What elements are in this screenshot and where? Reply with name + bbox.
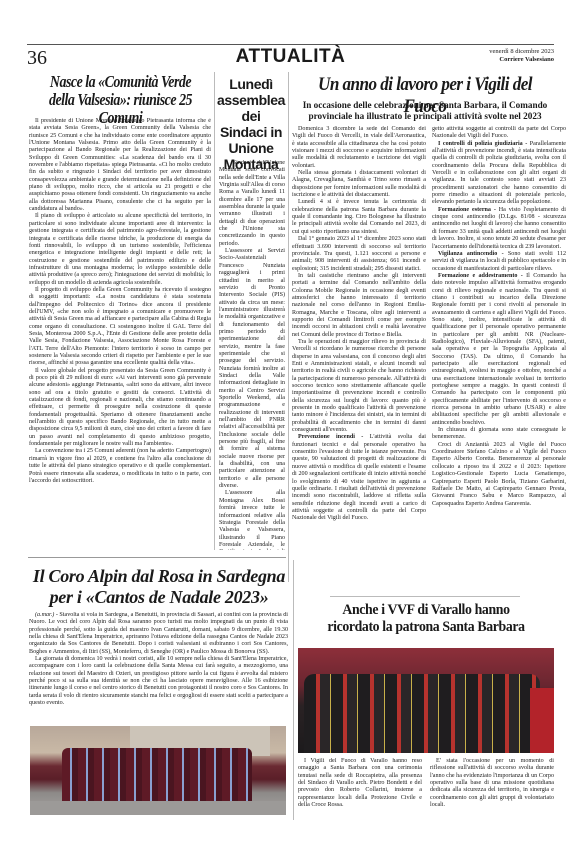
photo-group [62,748,252,804]
paragraph: Il presidente di Unione Montana Francesc… [29,118,211,213]
article-column-2: E' stata l'occasione per un momento di r… [430,758,554,818]
paragraph: Formazione e addestramento - Il Comando … [432,273,566,427]
article-title-vvf-varallo: Anche i VVF di Varallo hanno ricordato l… [307,602,544,636]
title-line: per i «Cantos de Nadale 2023» [50,587,269,607]
paragraph: Vigilanza antincendio - Sono stati svolt… [432,251,566,273]
paragraph: Dal 1° gennaio 2023 al 1° dicembre 2023 … [292,236,426,273]
subheading: I controlli di polizia giudiziaria - [438,141,530,147]
paragraph: In tali casistiche rientrano anche gli i… [292,273,426,339]
paragraph: Nella stessa giornata i distaccamenti vo… [292,170,426,199]
subheading: Formazione e addestramento - [438,273,526,279]
paragraph-text: L'attività svolta dai funzionari tecnici… [292,434,426,521]
title-line: Anche i VVF di Varallo hanno [342,602,509,618]
paragraph: Il piano di sviluppo è articolato su alc… [29,213,211,286]
photo-vvf-varallo [298,648,554,753]
paragraph: I Vigili del Fuoco di Varallo hanno reso… [298,758,422,809]
paragraph-text: Il Comando ha dato notevole impulso all'… [432,273,566,426]
page-header: 36 ATTUALITÀ venerdì 8 dicembre 2023 Cor… [27,44,554,68]
paragraph: Formazione esterna - Ha visto l'espletam… [432,207,566,251]
paragraph: La convenzione tra i 25 Comuni aderenti … [29,448,211,485]
paragraph: La giornata di domenica 10 vedrà i nostr… [29,656,288,707]
subheading: Prevenzione incendi - [298,434,370,440]
subheading: Formazione esterna - [438,207,499,213]
paragraph: Domenica 3 dicembre la sede del Comando … [292,126,426,170]
photo-coro-alpin [30,726,286,815]
paragraph: (a.mar.) - Stavolta si vola in Sardegna,… [29,612,288,656]
paragraph: L'assessore alla Montagna Alex Bossi for… [219,490,285,550]
paragraph: getto attività soggette ai controlli da … [432,126,566,141]
paragraph-text: Ha visto l'espletamento di cinque corsi … [432,207,566,250]
byline: (a.mar.) [35,612,54,618]
paragraph: In chiusura di giornata sono state conse… [432,427,566,442]
article-body-assemblea: I Sindaci dell'Unione Montana sono convo… [219,160,285,550]
article-title-assemblea: Lunedì assemblea dei Sindaci in Unione M… [217,76,285,172]
paragraph: I Sindaci dell'Unione Montana sono convo… [219,160,285,248]
photo-fire-truck [530,688,554,753]
section-divider [330,596,520,597]
paragraph: Tra le operazioni di maggior rilievo in … [292,339,426,434]
paragraph-text: Parallelamente all'attività di prevenzio… [432,141,566,206]
paragraph-text: - Stavolta si vola in Sardegna, a Benetu… [29,612,288,655]
title-line: ricordato la patrona Santa Barbara [327,619,524,635]
article-column-1: I Vigili del Fuoco di Varallo hanno reso… [298,758,422,818]
paragraph: E' stata l'occasione per un momento di r… [430,758,554,809]
section-title: ATTUALITÀ [27,46,554,68]
paragraph: Il valore globale del progetto presentat… [29,368,211,449]
paragraph: Il progetto di sviluppo della Green Comm… [29,287,211,368]
article-column-1: Domenica 3 dicembre la sede del Comando … [292,126,426,581]
issue-date: venerdì 8 dicembre 2023 [489,48,554,56]
article-body-coro-alpin: (a.mar.) - Stavolta si vola in Sardegna,… [29,612,288,716]
column-divider [288,72,289,582]
article-title-coro-alpin: Il Coro Alpin dal Rosa in Sardegna per i… [27,566,291,608]
section-divider [28,557,286,558]
photo-ground [30,801,286,815]
paragraph: Lunedì 4 si è invece tenuta la cerimonia… [292,199,426,236]
date-block: venerdì 8 dicembre 2023 Corriere Valsesi… [489,48,554,64]
title-line: Il Coro Alpin dal Rosa in Sardegna [33,566,285,586]
newspaper-name: Corriere Valsesiano [489,56,554,64]
column-divider [293,560,294,820]
article-subtitle-vigili-fuoco: In occasione delle celebrazioni per Sant… [292,100,558,122]
paragraph: Prevenzione incendi - L'attività svolta … [292,434,426,522]
paragraph: Croci di Anzianità 2023 al Vigile del Fu… [432,442,566,508]
subheading: Vigilanza antincendio - [438,251,508,257]
photo-group [304,674,540,753]
article-body-green-community: Il presidente di Unione Montana Francesc… [29,118,211,550]
paragraph: I controlli di polizia giudiziaria - Par… [432,141,566,207]
article-column-2: getto attività soggette ai controlli da … [432,126,566,581]
column-divider [214,72,215,550]
paragraph: L'assessore ai Servizi Socio-Assistenzia… [219,248,285,490]
